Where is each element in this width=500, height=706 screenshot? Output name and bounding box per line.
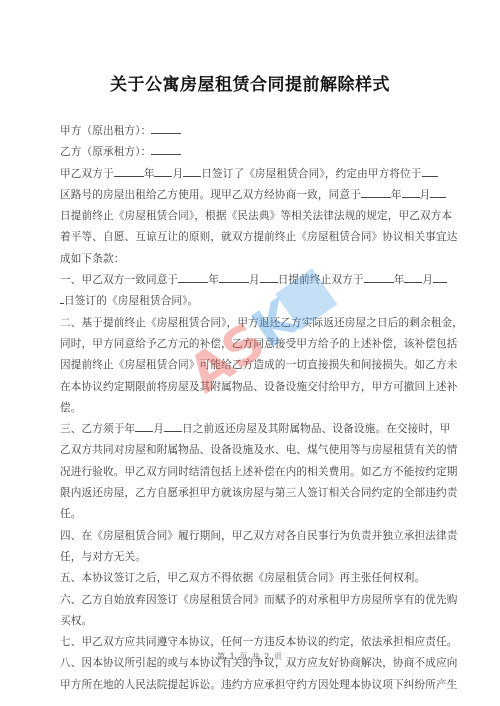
fill-in-blank [364, 271, 394, 283]
fill-in-blank [135, 420, 153, 432]
text-segment: 任，与对方无关。 [60, 551, 146, 563]
text-line: 二、基于提前终止《房屋租赁合同》，甲方退还乙方实际返还房屋之日后的剩余租金， [60, 313, 472, 334]
text-line: 六、乙方自始放弃因签订《房屋租赁合同》而赋予的对承租甲方房屋所享有的优先购 [60, 590, 472, 611]
fill-in-blank [151, 122, 181, 134]
document-title: 关于公寓房屋租赁合同提前解除样式 [0, 70, 500, 95]
text-segment: 买权。 [60, 615, 92, 627]
text-segment: 年 [208, 274, 219, 286]
text-segment: 月 [420, 189, 431, 201]
text-segment: 甲方（原出租方）： [60, 125, 151, 137]
text-segment: 一、甲乙双方一致同意于 [60, 274, 178, 286]
text-segment: 偿。 [60, 402, 82, 414]
text-segment: 在本协议约定期限前将房屋及其附属物品、设备设施交付给甲方，甲方可撤回上述补 [60, 381, 458, 393]
fill-in-blank [164, 420, 182, 432]
text-segment: 年 [394, 274, 405, 286]
fill-in-blank [430, 186, 446, 198]
text-segment: 同时，甲方同意给予乙方元的补偿，乙方同意接受甲方给予的上述补偿，该补偿包括 [60, 338, 458, 350]
text-segment: 六、乙方自始放弃因签订《房屋租赁合同》而赋予的对承租甲方房屋所享有的优先购 [60, 594, 458, 606]
fill-in-blank [361, 186, 391, 198]
text-line: 买权。 [60, 611, 472, 632]
text-line: 同时，甲方同意给予乙方元的补偿，乙方同意接受甲方给予的上述补偿，该补偿包括 [60, 334, 472, 355]
fill-in-blank [114, 165, 144, 177]
text-line: 甲方所在地的人民法院提起诉讼。违约方应承担守约方因处理本协议项下纠纷所产生 [60, 675, 472, 696]
text-segment: 乙双方共同对房屋和附属物品、设备设施及水、电、煤气使用等与房屋租赁有关的情 [60, 444, 458, 456]
fill-in-blank [178, 271, 208, 283]
text-segment: 日提前终止双方于 [278, 274, 364, 286]
text-segment: 日签订的《房屋租赁合同》。 [64, 295, 198, 307]
text-line: 成如下条款： [60, 249, 472, 270]
text-segment: 二、基于提前终止《房屋租赁合同》，甲方退还乙方实际返还房屋之日后的剩余租金， [60, 317, 463, 329]
text-segment: 日提前终止《房屋租赁合同》，根据《民法典》等相关法律法规的规定，甲乙双方本 [60, 210, 452, 222]
text-line: 偿。 [60, 398, 472, 419]
fill-in-blank [433, 271, 447, 283]
text-line: 乙方（原承租方）： [60, 142, 472, 163]
text-line: 甲方（原出租方）： [60, 121, 472, 142]
text-line: 区路号的房屋出租给乙方使用。现甲乙双方经协商一致，同意于年月 [60, 185, 472, 206]
fill-in-blank [151, 143, 181, 155]
text-line: 任，与对方无关。 [60, 547, 472, 568]
text-segment: 甲方所在地的人民法院提起诉讼。违约方应承担守约方因处理本协议项下纠纷所产生 [60, 679, 458, 691]
text-segment: 年 [144, 168, 155, 180]
text-line: 着平等、自愿、互谅互让的原则，就双方提前终止《房屋租赁合同》协议相关事宜达 [60, 227, 472, 248]
text-segment: 限内返还房屋，乙方自愿承担甲方就该房屋与第三人签订相关合同约定的全部违约责 [60, 487, 458, 499]
text-line: 因提前终止《房屋租赁合同》可能给乙方造成的一切直接损失和间接损失。如乙方未 [60, 355, 472, 376]
text-line: 限内返还房屋，乙方自愿承担甲方就该房屋与第三人签订相关合同约定的全部违约责 [60, 483, 472, 504]
text-segment: 五、本协议签订之后，甲乙双方不得依据《房屋租赁合同》再主张任何权利。 [60, 572, 425, 584]
text-segment: 三、乙方须于年 [60, 423, 135, 435]
text-line: 任。 [60, 504, 472, 525]
text-segment: 乙方（原承租方）： [60, 146, 151, 158]
text-segment: 成如下条款： [60, 253, 124, 265]
text-segment: 四、在《房屋租赁合同》履行期间，甲乙双方对各自民事行为负责并独立承担法律责 [60, 530, 458, 542]
text-segment: 任。 [60, 508, 82, 520]
text-segment: 着平等、自愿、互谅互让的原则，就双方提前终止《房屋租赁合同》协议相关事宜达 [60, 231, 458, 243]
fill-in-blank [260, 271, 278, 283]
text-segment: 月 [249, 274, 260, 286]
text-segment: 年 [391, 189, 402, 201]
text-segment: 因提前终止《房屋租赁合同》可能给乙方造成的一切直接损失和间接损失。如乙方未 [60, 359, 458, 371]
text-line: 日提前终止《房屋租赁合同》，根据《民法典》等相关法律法规的规定，甲乙双方本 [60, 206, 472, 227]
text-segment: 日签订了《房屋租赁合同》，约定由甲方将位于 [201, 168, 421, 180]
text-segment: 七、甲乙双方应共同遵守本协议，任何一方违反本协议的约定，依法承担相应责任。 [60, 636, 458, 648]
text-line: 甲乙双方于年月日签订了《房屋租赁合同》，约定由甲方将位于 [60, 164, 472, 185]
text-segment: 日之前返还房屋及其附属物品、设备设施。在交接时，甲 [182, 423, 451, 435]
text-segment: 区路号的房屋出租给乙方使用。现甲乙双方经协商一致，同意于 [60, 189, 361, 201]
text-line: 一、甲乙双方一致同意于年月日提前终止双方于年月 [60, 270, 472, 291]
text-line: 三、乙方须于年月日之前返还房屋及其附属物品、设备设施。在交接时，甲 [60, 419, 472, 440]
text-line: 五、本协议签订之后，甲乙双方不得依据《房屋租赁合同》再主张任何权利。 [60, 568, 472, 589]
fill-in-blank [422, 165, 438, 177]
document-body: 甲方（原出租方）：乙方（原承租方）：甲乙双方于年月日签订了《房屋租赁合同》，约定… [60, 121, 472, 696]
text-segment: 月 [153, 423, 164, 435]
fill-in-blank [183, 165, 201, 177]
document-page: 关于公寓房屋租赁合同提前解除样式 甲方（原出租方）：乙方（原承租方）：甲乙双方于… [0, 0, 500, 706]
text-line: 在本协议约定期限前将房屋及其附属物品、设备设施交付给甲方，甲方可撤回上述补 [60, 377, 472, 398]
text-line: 乙双方共同对房屋和附属物品、设备设施及水、电、煤气使用等与房屋租赁有关的情 [60, 440, 472, 461]
text-segment: 况进行验收。甲乙双方同时结清包括上述补偿在内的相关费用。如乙方不能按约定期 [60, 466, 458, 478]
text-segment: 月 [172, 168, 183, 180]
text-line: 四、在《房屋租赁合同》履行期间，甲乙双方对各自民事行为负责并独立承担法律责 [60, 526, 472, 547]
text-segment: 月 [422, 274, 433, 286]
fill-in-blank [402, 186, 420, 198]
fill-in-blank [219, 271, 249, 283]
page-footer: 第 1 页 共 2 页 [0, 651, 500, 662]
text-line: 日签订的《房屋租赁合同》。 [60, 291, 472, 312]
text-segment: 甲乙双方于 [60, 168, 114, 180]
text-line: 况进行验收。甲乙双方同时结清包括上述补偿在内的相关费用。如乙方不能按约定期 [60, 462, 472, 483]
fill-in-blank [154, 165, 172, 177]
fill-in-blank [404, 271, 422, 283]
